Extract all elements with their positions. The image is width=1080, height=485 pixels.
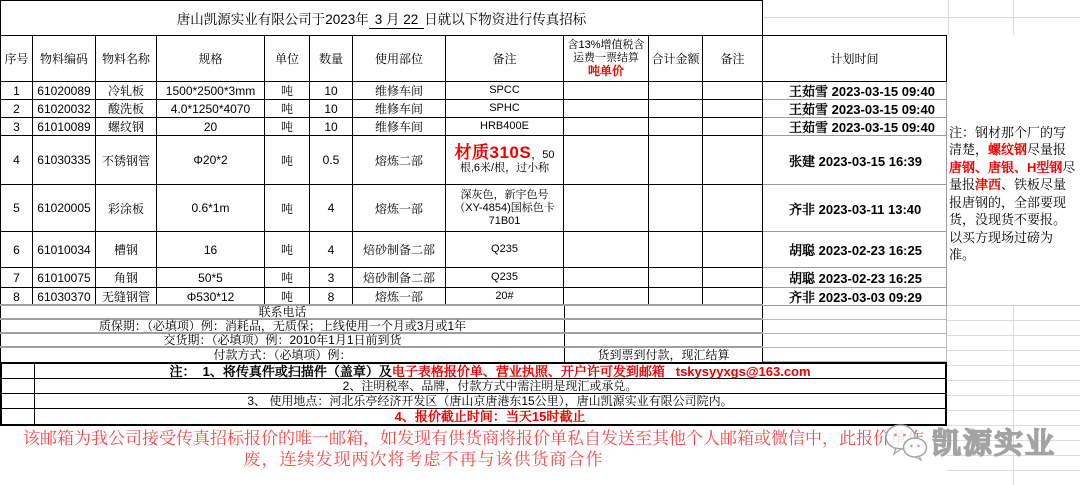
cell-remark2 bbox=[703, 118, 763, 136]
cell-price bbox=[564, 118, 649, 136]
cell-name: 冷轧板 bbox=[96, 82, 157, 100]
fax-bid-document: { "title": {"prefix": "唐山凯源实业有限公司于2023年"… bbox=[0, 0, 1080, 485]
cell-price bbox=[564, 268, 649, 288]
cell-dept: 焙砂制备二部 bbox=[353, 232, 446, 268]
col-header-qty: 数量 bbox=[310, 35, 353, 82]
cell-remark2 bbox=[703, 185, 763, 232]
cell-price bbox=[564, 100, 649, 118]
side-note: 注：钢材那个厂的写清楚，螺纹钢尽量报唐钢、唐银、H型钢尽量报津西、铁板尽量报唐钢… bbox=[947, 82, 1080, 306]
cell-remark: SPCC bbox=[446, 82, 564, 100]
cell-remark: 深灰色，新宇色号（XY-4854)国标色卡71B01 bbox=[446, 185, 564, 232]
cell-qty: 0.5 bbox=[310, 136, 353, 185]
cell-amount bbox=[649, 185, 703, 232]
cell-code: 61010034 bbox=[33, 232, 96, 268]
cell-code: 61010089 bbox=[33, 118, 96, 136]
table-header-row: 序号 物料编码 物料名称 规格 单位 数量 使用部位 备注 含13%增值税含 运… bbox=[0, 35, 947, 82]
cell-plan-time: 王茹雪 2023-03-15 09:40 bbox=[763, 82, 947, 100]
title-date-underlined: 3 月 22 bbox=[369, 8, 425, 29]
cell-remark2 bbox=[703, 136, 763, 185]
cell-qty: 10 bbox=[310, 118, 353, 136]
cell-qty: 3 bbox=[310, 268, 353, 288]
col-header-unit-price: 含13%增值税含 运费一票结算 吨单价 bbox=[564, 35, 649, 82]
cell-remark: Q235 bbox=[446, 268, 564, 288]
col-header-remark: 备注 bbox=[446, 35, 564, 82]
cell-amount bbox=[649, 100, 703, 118]
empty-plan-cells bbox=[763, 306, 947, 362]
cell-spec: 4.0*1250*4070 bbox=[157, 100, 265, 118]
col-header-name: 物料名称 bbox=[96, 35, 157, 82]
cell-spec: 50*5 bbox=[157, 268, 265, 288]
cell-name: 螺纹钢 bbox=[96, 118, 157, 136]
empty-cell bbox=[2, 394, 35, 408]
cell-no: 5 bbox=[0, 185, 33, 232]
cell-unit: 吨 bbox=[265, 185, 310, 232]
note1-red-email: 电子表格报价单、营业执照、开户许可发到邮箱 tskysyyxgs@163.com bbox=[392, 365, 811, 378]
cell-plan-time: 齐非 2023-03-03 09:29 bbox=[763, 288, 947, 306]
title-prefix: 唐山凯源实业有限公司于2023年 bbox=[177, 8, 369, 28]
cell-name: 角钢 bbox=[96, 268, 157, 288]
cell-dept: 熔炼二部 bbox=[353, 136, 446, 185]
cell-unit: 吨 bbox=[265, 268, 310, 288]
cell-no: 4 bbox=[0, 136, 33, 185]
col-header-remark2: 备注 bbox=[703, 35, 763, 82]
cell-qty: 4 bbox=[310, 232, 353, 268]
cell-no: 1 bbox=[0, 82, 33, 100]
table-row: 361010089螺纹钢20吨10维修车间HRB400E王茹雪 2023-03-… bbox=[0, 118, 947, 136]
cell-plan-time: 王茹雪 2023-03-15 09:40 bbox=[763, 100, 947, 118]
banner-line1: 该邮箱为我公司接受传真招标报价的唯一邮箱，如发现有供货商将报价单私自发送至其他个… bbox=[0, 428, 947, 449]
cell-unit: 吨 bbox=[265, 82, 310, 100]
payment-label: 付款方式：（必填项）例： bbox=[0, 348, 564, 362]
table-row: 161020089冷轧板1500*2500*3mm吨10维修车间SPCC王茹雪 … bbox=[0, 82, 947, 100]
note4-deadline: 4、报价截止时间：当天15时截止 bbox=[35, 409, 945, 424]
cell-spec: 20 bbox=[157, 118, 265, 136]
remark-red-highlight: 材质310S bbox=[455, 143, 532, 162]
empty-cell bbox=[564, 334, 763, 346]
cell-unit: 吨 bbox=[265, 136, 310, 185]
cell-plan-time: 齐非 2023-03-11 13:40 bbox=[763, 185, 947, 232]
cell-code: 61030335 bbox=[33, 136, 96, 185]
cell-dept: 焙砂制备二部 bbox=[353, 268, 446, 288]
watermark-label: 凯源实业 bbox=[932, 421, 1056, 462]
note-row-1: 注： 1、将传真件或扫描件（盖章）及电子表格报价单、营业执照、开户许可发到邮箱 … bbox=[2, 364, 945, 379]
middle-section: 联系电话 质保期：（必填项）例：消耗品，无质保；上线使用一个月或3月或1年 交货… bbox=[0, 304, 763, 362]
cell-remark2 bbox=[703, 100, 763, 118]
cell-unit: 吨 bbox=[265, 118, 310, 136]
payment-row: 付款方式：（必填项）例： 货到票到付款，现汇结算 bbox=[0, 348, 763, 362]
cell-remark2 bbox=[703, 82, 763, 100]
cell-remark2 bbox=[703, 268, 763, 288]
cell-price bbox=[564, 232, 649, 268]
cell-code: 61010075 bbox=[33, 268, 96, 288]
col-header-seq: 序号 bbox=[0, 35, 33, 82]
cell-qty: 10 bbox=[310, 100, 353, 118]
cell-code: 61020005 bbox=[33, 185, 96, 232]
cell-dept: 维修车间 bbox=[353, 82, 446, 100]
banner-line2: 废，连续发现两次将考虑不再与该供货商合作 bbox=[0, 449, 947, 470]
table-rows: 161020089冷轧板1500*2500*3mm吨10维修车间SPCC王茹雪 … bbox=[0, 82, 947, 306]
cell-remark: HRB400E bbox=[446, 118, 564, 136]
cell-no: 7 bbox=[0, 268, 33, 288]
cell-name: 酸洗板 bbox=[96, 100, 157, 118]
cell-remark2 bbox=[703, 232, 763, 268]
empty-cell bbox=[2, 409, 35, 424]
note-row-2: 2、注明税率、品牌，付款方式中需注明是现汇或承兑。 bbox=[2, 379, 945, 394]
warning-banner: 该邮箱为我公司接受传真招标报价的唯一邮箱，如发现有供货商将报价单私自发送至其他个… bbox=[0, 428, 947, 470]
note2-text: 2、注明税率、品牌，付款方式中需注明是现汇或承兑。 bbox=[35, 379, 945, 393]
brand-watermark: 凯源实业 bbox=[884, 421, 1056, 462]
warranty-label: 质保期：（必填项）例：消耗品，无质保；上线使用一个月或3月或1年 bbox=[0, 320, 564, 332]
cell-plan-time: 胡聪 2023-02-23 16:25 bbox=[763, 268, 947, 288]
empty-cell bbox=[2, 364, 35, 378]
side-note-text: 注：钢材那个厂的写清楚，螺纹钢尽量报唐钢、唐银、H型钢尽量报津西、铁板尽量报唐钢… bbox=[947, 124, 1080, 264]
empty-cell bbox=[2, 379, 35, 393]
cell-plan-time: 胡聪 2023-02-23 16:25 bbox=[763, 232, 947, 268]
contact-row: 联系电话 bbox=[0, 306, 763, 320]
cell-spec: 0.6*1m bbox=[157, 185, 265, 232]
cell-amount bbox=[649, 268, 703, 288]
cell-name: 彩涂板 bbox=[96, 185, 157, 232]
faint-gridline bbox=[763, 17, 1080, 18]
cell-name: 不锈钢管 bbox=[96, 136, 157, 185]
notes-section: 注： 1、将传真件或扫描件（盖章）及电子表格报价单、营业执照、开户许可发到邮箱 … bbox=[0, 362, 947, 426]
cell-unit: 吨 bbox=[265, 100, 310, 118]
note-row-4: 4、报价截止时间：当天15时截止 bbox=[2, 409, 945, 424]
empty-cell bbox=[763, 306, 947, 320]
cell-no: 2 bbox=[0, 100, 33, 118]
cell-plan-time: 张建 2023-03-15 16:39 bbox=[763, 136, 947, 185]
table-row: 761010075角钢50*5吨3焙砂制备二部Q235胡聪 2023-02-23… bbox=[0, 268, 947, 288]
cell-code: 61020032 bbox=[33, 100, 96, 118]
table-row: 261020032酸洗板4.0*1250*4070吨10维修车间SPHC王茹雪 … bbox=[0, 100, 947, 118]
table-row: 461030335不锈钢管Φ20*2吨0.5熔炼二部材质310S，50根,6米/… bbox=[0, 136, 947, 185]
cell-plan-time: 王茹雪 2023-03-15 09:40 bbox=[763, 118, 947, 136]
cell-no: 6 bbox=[0, 232, 33, 268]
cell-code: 61020089 bbox=[33, 82, 96, 100]
col-header-spec: 规格 bbox=[157, 35, 265, 82]
cell-price bbox=[564, 136, 649, 185]
cell-dept: 维修车间 bbox=[353, 100, 446, 118]
payment-value: 货到票到付款，现汇结算 bbox=[564, 348, 763, 362]
empty-cell bbox=[763, 320, 947, 334]
unit-price-red-label: 吨单价 bbox=[588, 65, 624, 78]
cell-spec: 1500*2500*3mm bbox=[157, 82, 265, 100]
cell-dept: 维修车间 bbox=[353, 118, 446, 136]
title-suffix: 日就以下物资进行传真招标 bbox=[424, 8, 586, 28]
empty-cell bbox=[564, 306, 763, 318]
cell-amount bbox=[649, 118, 703, 136]
table-row: 561020005彩涂板0.6*1m吨4熔炼一部深灰色，新宇色号（XY-4854… bbox=[0, 185, 947, 232]
empty-cell bbox=[763, 334, 947, 348]
note-row-3: 3、 使用地点：河北乐亭经济开发区（唐山京唐港东15公里），唐山凯源实业有限公司… bbox=[2, 394, 945, 409]
cell-remark: SPHC bbox=[446, 100, 564, 118]
cell-qty: 4 bbox=[310, 185, 353, 232]
warranty-row: 质保期：（必填项）例：消耗品，无质保；上线使用一个月或3月或1年 bbox=[0, 320, 763, 334]
cell-amount bbox=[649, 136, 703, 185]
contact-label: 联系电话 bbox=[0, 306, 564, 318]
cell-amount bbox=[649, 82, 703, 100]
col-header-code: 物料编码 bbox=[33, 35, 96, 82]
cell-no: 3 bbox=[0, 118, 33, 136]
cell-name: 槽钢 bbox=[96, 232, 157, 268]
cell-remark: 材质310S，50根,6米/根，过小称 bbox=[446, 136, 564, 185]
cell-price bbox=[564, 185, 649, 232]
note3-text: 3、 使用地点：河北乐亭经济开发区（唐山京唐港东15公里），唐山凯源实业有限公司… bbox=[35, 394, 945, 408]
cell-dept: 熔炼一部 bbox=[353, 185, 446, 232]
table-row: 661010034槽钢16吨4焙砂制备二部Q235胡聪 2023-02-23 1… bbox=[0, 232, 947, 268]
cell-spec: Φ20*2 bbox=[157, 136, 265, 185]
empty-cell bbox=[763, 348, 947, 362]
col-header-plan: 计划时间 bbox=[763, 35, 947, 82]
cell-price bbox=[564, 82, 649, 100]
document-title: 唐山凯源实业有限公司于2023年3 月 22日就以下物资进行传真招标 bbox=[0, 0, 763, 35]
note1-black: 注： 1、将传真件或扫描件（盖章）及 bbox=[169, 365, 391, 378]
cell-amount bbox=[649, 232, 703, 268]
wechat-icon bbox=[884, 423, 928, 461]
col-header-unit: 单位 bbox=[265, 35, 310, 82]
cell-qty: 10 bbox=[310, 82, 353, 100]
empty-cell bbox=[564, 320, 763, 332]
cell-remark: Q235 bbox=[446, 232, 564, 268]
col-header-dept: 使用部位 bbox=[353, 35, 446, 82]
cell-spec: 16 bbox=[157, 232, 265, 268]
cell-unit: 吨 bbox=[265, 232, 310, 268]
delivery-label: 交货期：（必填项）例：2010年1月1日前到货 bbox=[0, 334, 564, 346]
delivery-row: 交货期：（必填项）例：2010年1月1日前到货 bbox=[0, 334, 763, 348]
col-header-amount: 合计金额 bbox=[649, 35, 703, 82]
